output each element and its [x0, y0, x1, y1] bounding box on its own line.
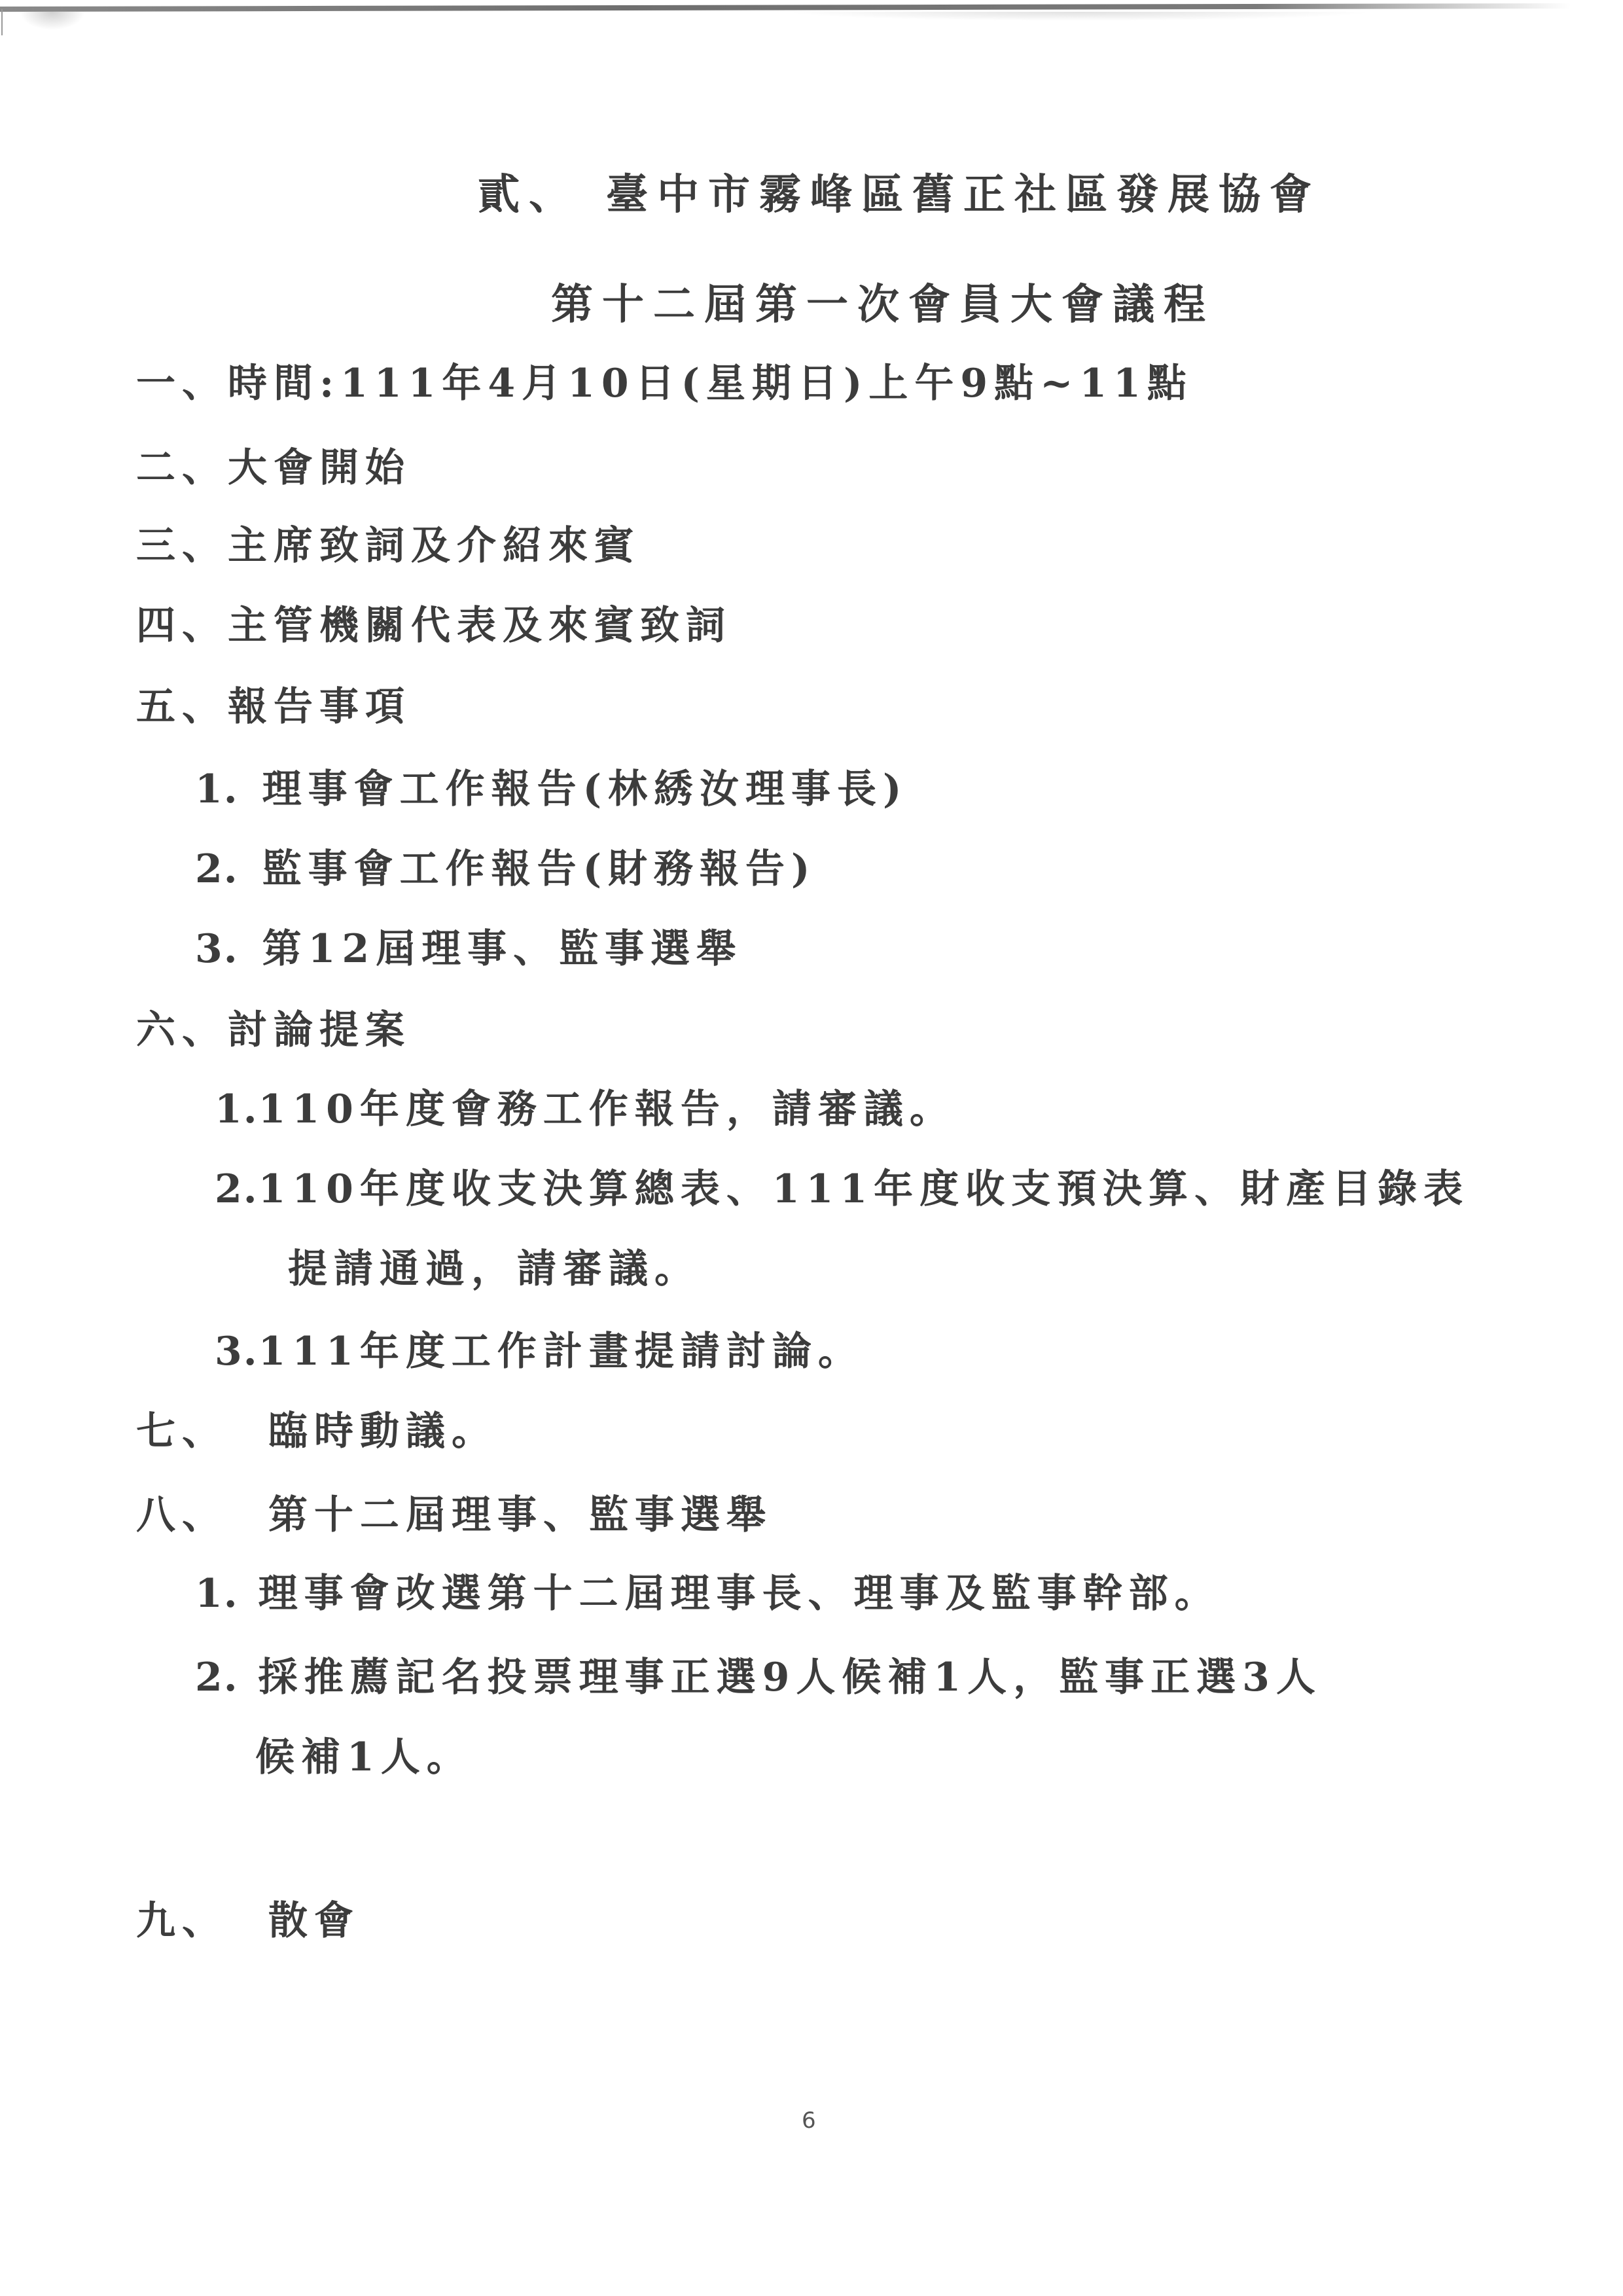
agenda-item-election: 八、第十二屆理事、監事選舉 [136, 1492, 772, 1539]
document-title: 貳、臺中市霧峰區舊正社區發展協會 [478, 171, 1321, 219]
title-text: 臺中市霧峰區舊正社區發展協會 [606, 170, 1321, 219]
page-number: 6 [802, 2108, 816, 2134]
proposal-subitem-continuation: 提請通過，請審議。 [288, 1246, 700, 1293]
agenda-item-extempore: 七、臨時動議。 [136, 1408, 497, 1455]
report-subitem: 3.第12屆理事、監事選舉 [195, 925, 742, 973]
proposal-subitem: 1.110年度會務工作報告，請審議。 [215, 1086, 955, 1133]
agenda-item-guest-speech: 四、主管機關代表及來賓致詞 [136, 602, 732, 649]
agenda-marker: 四、 [136, 603, 228, 649]
subitem-text: 110年度會務工作報告，請審議。 [259, 1086, 955, 1132]
subitem-marker: 1. [195, 766, 239, 813]
proposal-subitem: 2.110年度收支決算總表、111年度收支預決算、財產目錄表 [215, 1166, 1469, 1213]
subitem-text: 111年度工作計畫提請討論。 [259, 1329, 864, 1374]
agenda-marker: 八、 [136, 1492, 228, 1538]
proposal-subitem: 3.111年度工作計畫提請討論。 [215, 1328, 864, 1375]
agenda-item-reports: 五、報告事項 [136, 683, 411, 730]
agenda-marker: 九、 [136, 1898, 228, 1944]
election-subitem: 2.採推薦記名投票理事正選9人候補1人，監事正選3人 [195, 1654, 1322, 1701]
agenda-item-opening: 二、大會開始 [136, 444, 411, 492]
agenda-text: 報告事項 [228, 684, 411, 730]
agenda-item-adjourn: 九、散會 [136, 1897, 360, 1945]
agenda-text: 主席致詞及介紹來賓 [228, 523, 640, 569]
report-subitem: 1.理事會工作報告(林綉汝理事長) [195, 766, 908, 813]
agenda-text: 臨時動議。 [268, 1408, 497, 1454]
subitem-marker: 3. [215, 1328, 259, 1375]
agenda-marker: 一、 [136, 361, 228, 406]
subitem-marker: 2. [195, 1654, 239, 1701]
agenda-item-time: 一、時間:111年4月10日(星期日)上午9點~11點 [136, 360, 1193, 407]
agenda-marker: 二、 [136, 445, 228, 491]
agenda-text: 討論提案 [228, 1007, 411, 1053]
election-subitem-continuation: 候補1人。 [255, 1734, 473, 1781]
agenda-text: 主管機關代表及來賓致詞 [228, 603, 732, 649]
agenda-item-chair-speech: 三、主席致詞及介紹來賓 [136, 522, 640, 569]
subitem-text: 監事會工作報告(財務報告) [262, 846, 817, 892]
election-subitem: 1.理事會改選第十二屆理事長、理事及監事幹部。 [195, 1570, 1221, 1617]
subitem-marker: 1. [215, 1086, 259, 1133]
scan-left-edge [1, 9, 3, 35]
scan-top-edge [0, 3, 1571, 12]
agenda-marker: 六、 [136, 1007, 228, 1053]
subitem-text: 110年度收支決算總表、111年度收支預決算、財產目錄表 [259, 1166, 1470, 1212]
report-subitem: 2.監事會工作報告(財務報告) [195, 846, 816, 893]
subitem-text: 採推薦記名投票理事正選9人候補1人，監事正選3人 [259, 1655, 1322, 1700]
agenda-text: 散會 [268, 1898, 360, 1944]
agenda-marker: 五、 [136, 684, 228, 730]
scan-shadow [20, 12, 85, 30]
subitem-marker: 1. [195, 1570, 239, 1617]
subitem-text: 第12屆理事、監事選舉 [262, 926, 743, 972]
agenda-item-proposals: 六、討論提案 [136, 1007, 411, 1054]
agenda-marker: 三、 [136, 523, 228, 569]
subitem-marker: 2. [195, 846, 239, 893]
agenda-text: 時間:111年4月10日(星期日)上午9點~11點 [228, 361, 1193, 406]
agenda-text: 第十二屆理事、監事選舉 [268, 1492, 772, 1538]
agenda-marker: 七、 [136, 1408, 228, 1454]
agenda-text: 大會開始 [228, 445, 411, 491]
subitem-text: 理事會工作報告(林綉汝理事長) [262, 766, 908, 812]
subitem-marker: 2. [215, 1166, 259, 1213]
subitem-text: 理事會改選第十二屆理事長、理事及監事幹部。 [259, 1571, 1221, 1617]
scan-shadow [785, 12, 1374, 21]
title-prefix: 貳、 [478, 170, 580, 219]
subitem-marker: 3. [195, 925, 239, 973]
document-subtitle: 第十二屆第一次會員大會議程 [551, 281, 1215, 329]
